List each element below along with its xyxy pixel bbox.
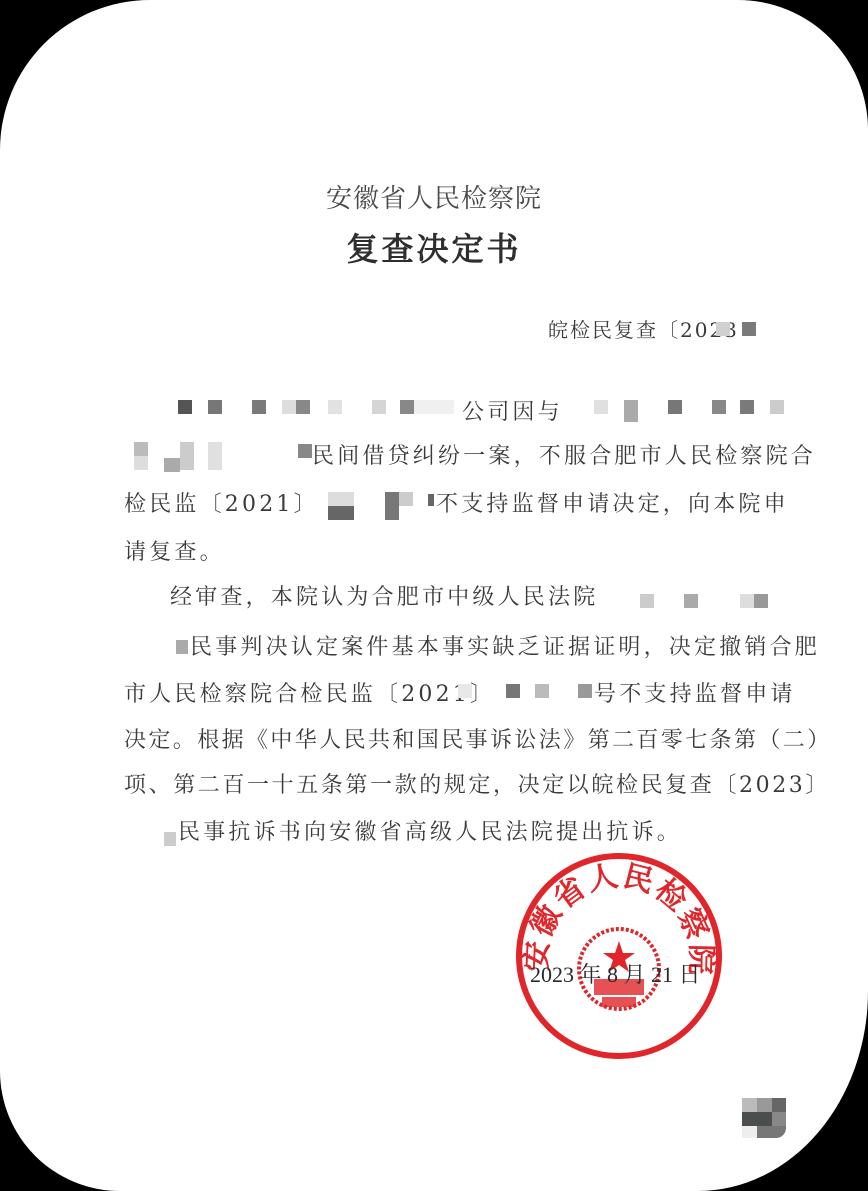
- redaction-mosaic: [176, 640, 188, 654]
- paragraph1-line2: 民间借贷纠纷一案，不服合肥市人民检察院合: [312, 439, 816, 470]
- official-seal: 安徽省人民检察院: [516, 853, 722, 1059]
- redaction-mosaic: [164, 832, 176, 846]
- paragraph1-line4: 请复查。: [124, 535, 225, 566]
- document-date: 2023 年 8 月 21 日: [530, 958, 701, 989]
- paragraph2-line1: 经审查，本院认为合肥市中级人民法院: [170, 580, 598, 611]
- paragraph2-line2: 民事判决认定案件基本事实缺乏证据证明，决定撤销合肥: [190, 630, 820, 661]
- redaction-mosaic: [716, 322, 730, 336]
- document-number: 皖检民复查〔2023: [548, 314, 739, 343]
- paragraph1-line3a: 检民监〔2021〕: [124, 487, 319, 518]
- document-title: 复查决定书: [0, 224, 868, 270]
- redaction-mosaic: [742, 322, 756, 336]
- paragraph2-line3b: 号不支持监督申请: [594, 677, 796, 708]
- paragraph2-line4: 决定。根据《中华人民共和国民事诉讼法》第二百零七条第（二）: [124, 723, 832, 754]
- paragraph2-line6: 民事抗诉书向安徽省高级人民法院提出抗诉。: [178, 815, 682, 846]
- paragraph2-line3a: 市人民检察院合检民监〔2021〕: [124, 677, 495, 708]
- paragraph1-line3b: 不支持监督申请决定，向本院申: [436, 487, 789, 518]
- document-page: 安徽省人民检察院 复查决定书 皖检民复查〔2023 公司因与 民间借贷纠纷一案，…: [0, 0, 868, 1191]
- seal-emblem-icon: 安徽省人民检察院: [522, 859, 716, 1053]
- paragraph1-line1: 公司因与: [462, 395, 563, 426]
- issuer-heading: 安徽省人民检察院: [0, 178, 868, 215]
- paragraph2-line5: 项、第二百一十五条第一款的规定，决定以皖检民复查〔2023〕: [124, 768, 830, 799]
